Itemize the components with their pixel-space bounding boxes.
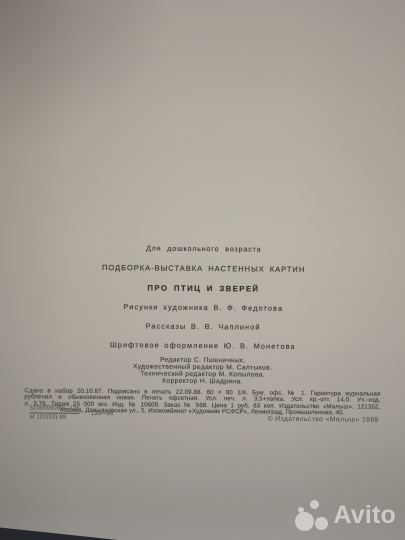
print-code-denominator: М 102(03)-88: [30, 413, 80, 420]
avito-logo-icon: [295, 500, 328, 531]
book-page-photo: Для дошкольного возраста ПОДБОРКА-ВЫСТАВ…: [0, 0, 405, 540]
copyright-line: © Издательство «Малыш» 1988: [268, 416, 379, 424]
print-code-row: 5100000000—125 М 102(03)-88 136—88: [30, 405, 114, 421]
colophon-text-block: Для дошкольного возраста ПОДБОРКА-ВЫСТАВ…: [0, 244, 405, 417]
artist-credit: Рисунки художника В. Ф. Федотова: [1, 301, 405, 314]
backdrop-corner-shadow: [0, 524, 118, 540]
page-title: ПРО ПТИЦ И ЗВЕРЕЙ: [1, 282, 405, 295]
print-code-suffix: 136—88: [91, 410, 114, 416]
lettering-credit: Шрифтовое оформление Ю. В. Монетова: [0, 339, 405, 352]
avito-watermark: Avito: [295, 500, 396, 531]
editors-block: Редактор С. Пшеничных. Художественный ре…: [0, 355, 405, 388]
series-line: ПОДБОРКА-ВЫСТАВКА НАСТЕННЫХ КАРТИН: [1, 262, 405, 275]
author-credit: Рассказы В. В. Чаплиной: [1, 320, 405, 333]
audience-line: Для дошкольного возраста: [1, 244, 405, 255]
avito-wordmark: Avito: [333, 503, 396, 528]
print-code-fraction: 5100000000—125 М 102(03)-88: [30, 405, 80, 420]
